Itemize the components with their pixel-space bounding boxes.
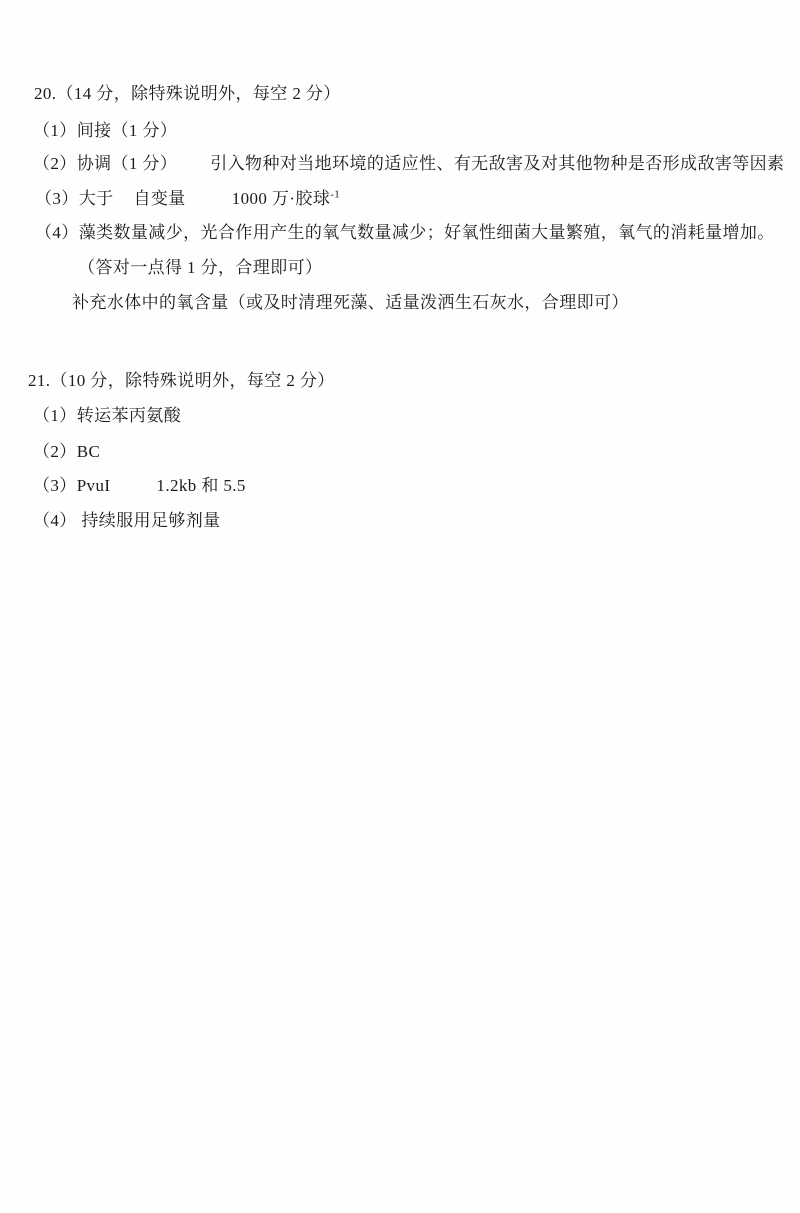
answer-21-4: （4） 持续服用足够剂量 xyxy=(33,510,221,532)
answer-20-3-value-text: 1000 万·胶球 xyxy=(232,189,331,208)
answer-key-page: 20.（14 分，除特殊说明外，每空 2 分） （1）间接（1 分） （2）协调… xyxy=(0,0,800,1213)
answer-20-4: （4）藻类数量减少，光合作用产生的氧气数量减少；好氧性细菌大量繁殖，氧气的消耗量… xyxy=(35,222,775,244)
answer-20-3-label: （3）大于 xyxy=(35,188,114,210)
answer-20-2-label: （2）协调（1 分） xyxy=(33,153,177,175)
answer-21-3-value: 1.2kb 和 5.5 xyxy=(156,475,245,497)
answer-20-3: （3）大于自变量1000 万·胶球-1 xyxy=(35,188,340,210)
answer-21-3: （3）PvuI1.2kb 和 5.5 xyxy=(33,475,246,497)
answer-20-3-exponent: -1 xyxy=(330,188,340,200)
answer-21-2: （2）BC xyxy=(33,441,100,463)
question-20-header: 20.（14 分，除特殊说明外，每空 2 分） xyxy=(34,83,341,105)
answer-20-1: （1）间接（1 分） xyxy=(33,120,177,142)
question-21-header: 21.（10 分，除特殊说明外，每空 2 分） xyxy=(28,370,335,392)
answer-20-2-text: 引入物种对当地环境的适应性、有无敌害及对其他物种是否形成敌害等因素 xyxy=(210,153,784,175)
answer-20-4-note: （答对一点得 1 分，合理即可） xyxy=(78,257,322,279)
answer-20-4-supplement: 补充水体中的氧含量（或及时清理死藻、适量泼洒生石灰水，合理即可） xyxy=(72,292,629,314)
answer-21-3-label: （3）PvuI xyxy=(33,475,110,497)
answer-20-3-mid: 自变量 xyxy=(134,188,186,210)
answer-21-1: （1）转运苯丙氨酸 xyxy=(33,405,181,427)
answer-20-2: （2）协调（1 分）引入物种对当地环境的适应性、有无敌害及对其他物种是否形成敌害… xyxy=(33,153,784,175)
answer-20-3-value: 1000 万·胶球-1 xyxy=(232,188,340,210)
